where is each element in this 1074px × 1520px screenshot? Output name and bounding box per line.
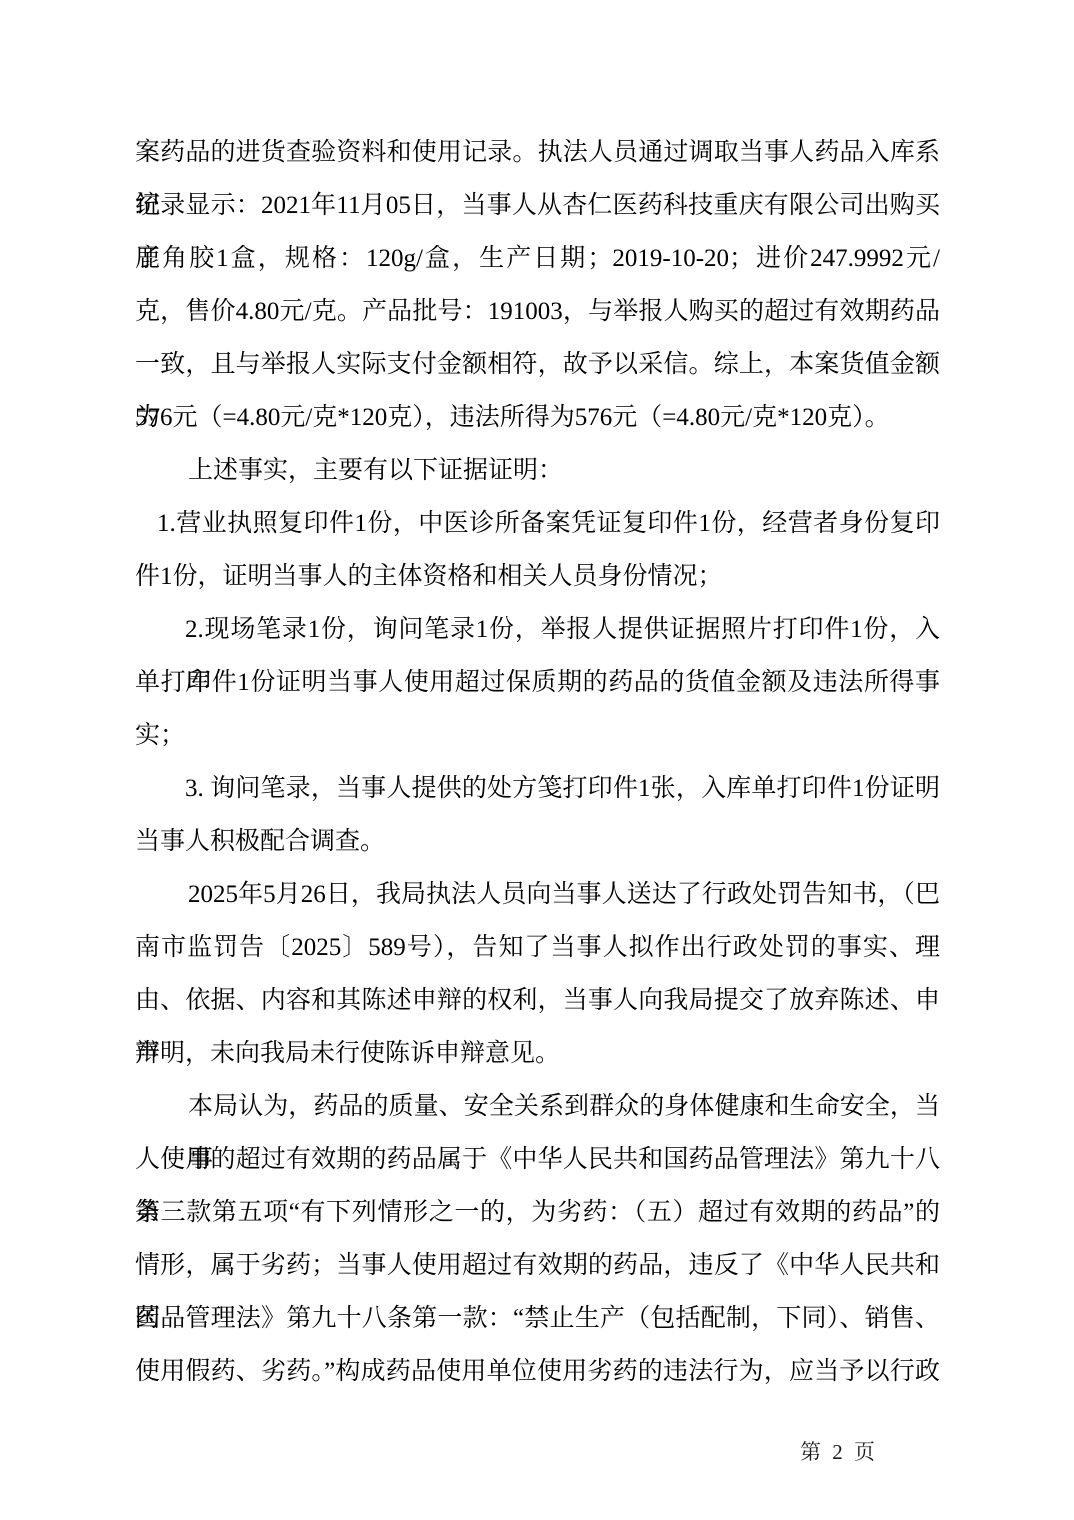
text-line: 1.营业执照复印件1份，中医诊所备案凭证复印件1份，经营者身份复印 xyxy=(135,497,940,550)
text-line: 克，售价4.80元/克。产品批号：191003，与举报人购买的超过有效期药品 xyxy=(135,285,940,338)
text-line: 人使用的超过有效期的药品属于《中华人民共和国药品管理法》第九十八条 xyxy=(135,1133,940,1186)
text-line: 记录显示：2021年11月05日，当事人从杏仁医药科技重庆有限公司出购买了 xyxy=(135,179,940,232)
page-number-footer: 第 2 页 xyxy=(800,1432,878,1472)
text-line: 当事人积极配合调查。 xyxy=(135,815,940,868)
text-line: 由、依据、内容和其陈述申辩的权利，当事人向我局提交了放弃陈述、申辩 xyxy=(135,974,940,1027)
text-line: 实； xyxy=(135,709,940,762)
text-line: 2025年5月26日，我局执法人员向当事人送达了行政处罚告知书，（巴 xyxy=(135,868,940,921)
document-page: 案药品的进货查验资料和使用记录。执法人员通过调取当事人药品入库系统记录显示：20… xyxy=(0,0,1074,1520)
text-line: 鹿角胶1盒，规格：120g/盒，生产日期；2019-10-20；进价247.99… xyxy=(135,232,940,285)
text-line: 一致，且与举报人实际支付金额相符，故予以采信。综上，本案货值金额为 xyxy=(135,338,940,391)
text-line: 上述事实，主要有以下证据证明： xyxy=(135,444,940,497)
text-line: 情形，属于劣药；当事人使用超过有效期的药品，违反了《中华人民共和国 xyxy=(135,1239,940,1292)
text-line: 3. 询问笔录，当事人提供的处方笺打印件1张，入库单打印件1份证明 xyxy=(135,762,940,815)
text-line: 单打印件1份证明当事人使用超过保质期的药品的货值金额及违法所得事 xyxy=(135,656,940,709)
text-line: 第三款第五项“有下列情形之一的，为劣药：（五）超过有效期的药品”的 xyxy=(135,1186,940,1239)
text-line: 本局认为，药品的质量、安全关系到群众的身体健康和生命安全，当事 xyxy=(135,1080,940,1133)
text-line: 声明，未向我局未行使陈诉申辩意见。 xyxy=(135,1027,940,1080)
text-line: 件1份，证明当事人的主体资格和相关人员身份情况； xyxy=(135,550,940,603)
text-line: 案药品的进货查验资料和使用记录。执法人员通过调取当事人药品入库系统 xyxy=(135,126,940,179)
text-line: 576元（=4.80元/克*120克），违法所得为576元（=4.80元/克*1… xyxy=(135,391,940,444)
text-line: 药品管理法》第九十八条第一款：“禁止生产（包括配制，下同）、销售、 xyxy=(135,1292,940,1345)
text-line: 2.现场笔录1份，询问笔录1份，举报人提供证据照片打印件1份，入库 xyxy=(135,603,940,656)
text-line: 南市监罚告〔2025〕589号），告知了当事人拟作出行政处罚的事实、理 xyxy=(135,921,940,974)
document-body: 案药品的进货查验资料和使用记录。执法人员通过调取当事人药品入库系统记录显示：20… xyxy=(135,126,940,1398)
text-line: 使用假药、劣药。”构成药品使用单位使用劣药的违法行为，应当予以行政 xyxy=(135,1345,940,1398)
